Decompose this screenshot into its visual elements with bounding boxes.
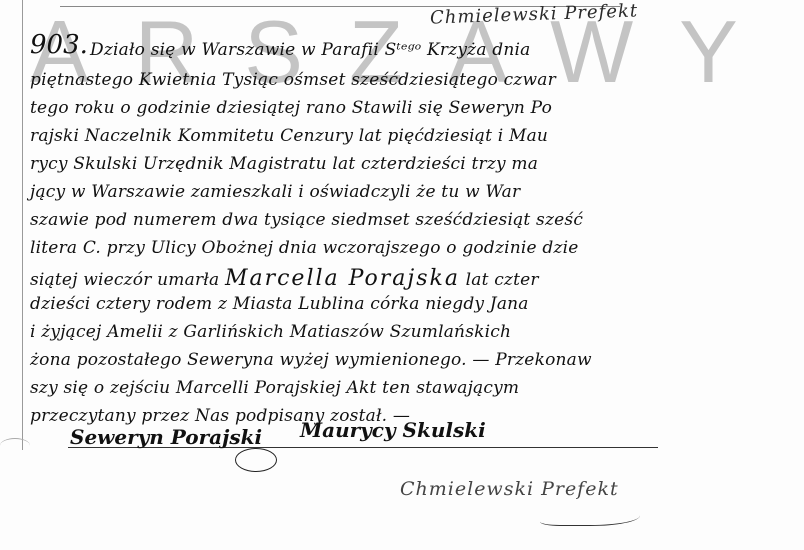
- record-line-7: szawie pod numerem dwa tysiące siedmset …: [30, 210, 583, 230]
- scanned-document-page: ARSZAWY Chmielewski Prefekt 903. Działo …: [0, 0, 804, 550]
- signature-witness-2: Maurycy Skulski: [300, 418, 486, 442]
- deceased-name: Marcella Porajska: [225, 266, 460, 291]
- record-line-2: piętnastego Kwietnia Tysiąc ośmset sześć…: [30, 70, 556, 90]
- record-line-10: dzieści cztery rodem z Miasta Lublina có…: [30, 294, 529, 314]
- record-line-3: tego roku o godzinie dziesiątej rano Sta…: [30, 98, 552, 118]
- record-line-9-text: siątej wieczór umarła: [30, 270, 219, 290]
- record-line-6: jący w Warszawie zamieszkali i oświadczy…: [30, 182, 520, 202]
- record-line-12: żona pozostałego Seweryna wyżej wymienio…: [30, 350, 592, 370]
- deceased-age-suffix: lat czter: [466, 270, 539, 290]
- record-line-11: i żyjącej Amelii z Garlińskich Matiaszów…: [30, 322, 511, 342]
- left-margin-line: [22, 0, 23, 450]
- signature-witness-1: Seweryn Porajski: [70, 425, 262, 449]
- record-line-1: Działo się w Warszawie w Parafii Sᵗᵉᵍᵒ K…: [90, 40, 530, 60]
- record-line-4: rajski Naczelnik Kommitetu Cenzury lat p…: [30, 126, 548, 146]
- act-number: 903.: [30, 30, 88, 60]
- record-line-13: szy się o zejściu Marcelli Porajskiej Ak…: [30, 378, 519, 398]
- record-line-9: siątej wieczór umarła Marcella Porajska …: [30, 266, 539, 291]
- record-line-8: litera C. przy Ulicy Obożnej dnia wczora…: [30, 238, 579, 258]
- official-signature-flourish: [540, 505, 640, 526]
- signature-loop-flourish: [235, 448, 277, 472]
- signature-official: Chmielewski Prefekt: [400, 478, 619, 500]
- record-line-5: rycy Skulski Urzędnik Magistratu lat czt…: [30, 154, 538, 174]
- margin-corner-curl: [0, 438, 30, 453]
